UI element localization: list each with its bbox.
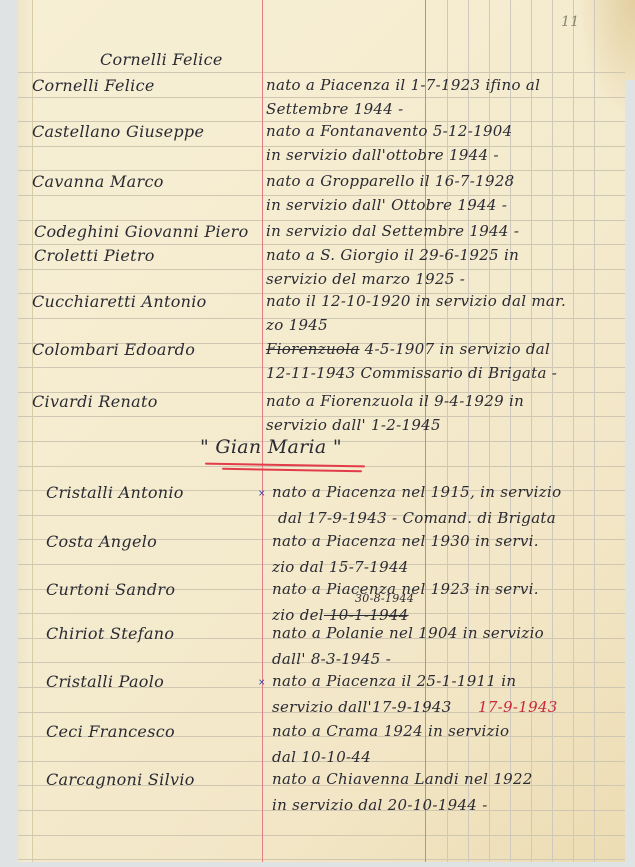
record-name: Croletti Pietro <box>34 246 155 265</box>
horizontal-rule <box>18 72 625 73</box>
record-detail-line: nato il 12-10-1920 in servizio dal mar. <box>266 292 566 310</box>
torn-edge <box>625 80 635 867</box>
record-detail-line: servizio del marzo 1925 - <box>266 270 465 288</box>
record-detail-line: nato a Crama 1924 in servizio <box>272 722 509 740</box>
horizontal-rule <box>18 220 625 221</box>
column-rule <box>531 0 532 862</box>
record-detail-line: zo 1945 <box>266 316 328 334</box>
record-detail-line: nato a Chiavenna Landi nel 1922 <box>272 770 533 788</box>
horizontal-rule <box>18 835 625 836</box>
date-correction: 30-8-1944 <box>355 592 414 605</box>
red-date-annotation: 17-9-1943 <box>478 698 558 716</box>
record-name: Carcagnoni Silvio <box>46 770 195 789</box>
record-detail-line: in servizio dall' Ottobre 1944 - <box>266 196 507 214</box>
record-detail-line: nato a Fontanavento 5-12-1904 <box>266 122 512 140</box>
record-name: Curtoni Sandro <box>46 580 175 599</box>
record-name: Civardi Renato <box>32 392 158 411</box>
record-detail-line: in servizio dall'ottobre 1944 - <box>266 146 499 164</box>
section-heading: " Gian Maria " <box>200 436 342 458</box>
record-detail-line: nato a Piacenza il 25-1-1911 in <box>272 672 516 690</box>
struck-word: Fiorenzuola <box>266 340 360 358</box>
record-detail-line: in servizio dal 20-10-1944 - <box>272 796 488 814</box>
record-name: Chiriot Stefano <box>46 624 174 643</box>
record-detail-line: nato a Piacenza nel 1930 in servi. <box>272 532 539 550</box>
struck-date: 10-1-1944 <box>324 606 409 624</box>
record-name: Cristalli Paolo <box>46 672 164 691</box>
record-detail-line: nato a S. Giorgio il 29-6-1925 in <box>266 246 519 264</box>
record-detail-line: nato a Piacenza il 1-7-1923 ifino al <box>266 76 540 94</box>
cross-marker: × <box>258 489 266 499</box>
record-detail-line: nato a Gropparello il 16-7-1928 <box>266 172 515 190</box>
record-detail-line: zio del 10-1-1944 <box>272 606 409 624</box>
record-name: Castellano Giuseppe <box>32 122 204 141</box>
record-detail-line: zio dal 15-7-1944 <box>272 558 409 576</box>
record-name: Cucchiaretti Antonio <box>32 292 207 311</box>
record-name: Cristalli Antonio <box>46 483 184 502</box>
record-detail-line: nato a Fiorenzuola il 9-4-1929 in <box>266 392 524 410</box>
record-detail-line: servizio dall'17-9-1943 <box>272 698 452 716</box>
column-rule <box>594 0 595 862</box>
record-detail-line: servizio dall' 1-2-1945 <box>266 416 441 434</box>
record-name: Cornelli Felice <box>32 76 155 95</box>
record-name: Codeghini Giovanni Piero <box>34 222 249 241</box>
record-name: Costa Angelo <box>46 532 157 551</box>
horizontal-rule <box>18 170 625 171</box>
record-name: Cavanna Marco <box>32 172 164 191</box>
record-detail-line: Settembre 1944 - <box>266 100 404 118</box>
page-binding-edge <box>18 0 33 862</box>
horizontal-rule <box>18 244 625 245</box>
column-rule <box>552 0 553 862</box>
horizontal-rule <box>18 859 625 860</box>
record-detail-line: nato a Polanie nel 1904 in servizio <box>272 624 544 642</box>
cross-marker: × <box>258 678 266 688</box>
record-name: Ceci Francesco <box>46 722 175 741</box>
record-detail-line: dal 17-9-1943 - Comand. di Brigata <box>278 509 556 527</box>
record-detail-line: 12-11-1943 Commissario di Brigata - <box>266 364 557 382</box>
record-detail-line: nato a Piacenza nel 1915, in servizio <box>272 483 561 501</box>
record-detail-line: dall' 8-3-1945 - <box>272 650 391 668</box>
record-name: Colombari Edoardo <box>32 340 195 359</box>
header-name: Cornelli Felice <box>100 50 223 69</box>
record-detail-line: dal 10-10-44 <box>272 748 371 766</box>
record-detail-line: Fiorenzuola 4-5-1907 in servizio dal <box>266 340 550 358</box>
margin-line <box>262 0 263 862</box>
horizontal-rule <box>18 97 625 98</box>
record-detail-line: in servizio dal Settembre 1944 - <box>266 222 519 240</box>
page-number: 11 <box>561 14 579 30</box>
column-rule <box>573 0 574 862</box>
